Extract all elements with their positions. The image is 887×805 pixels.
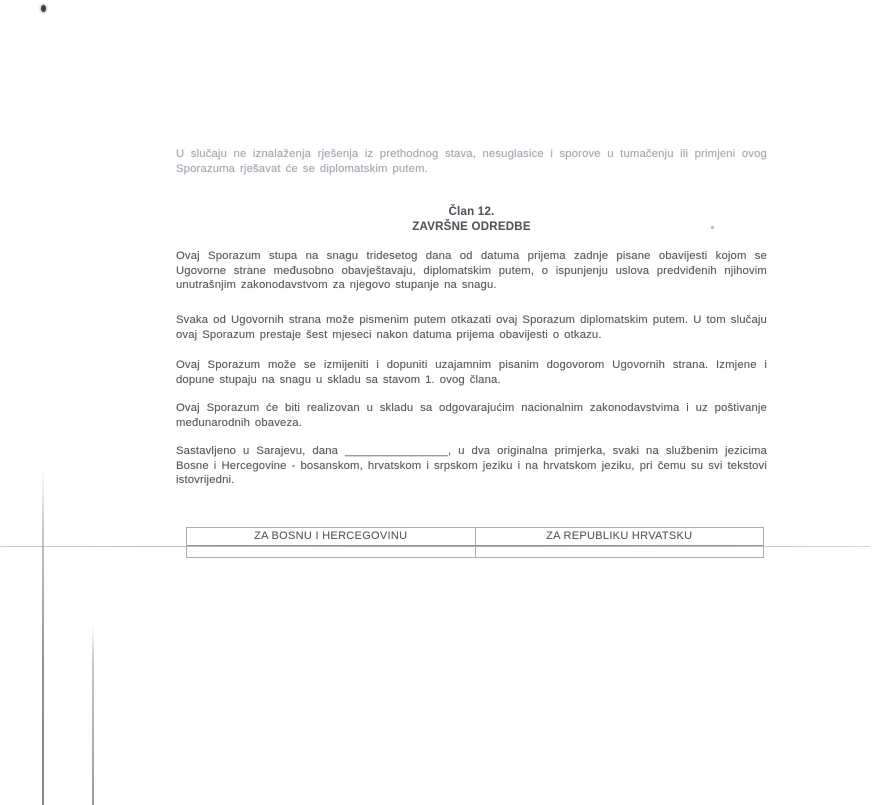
- scanned-document-page: U slučaju ne iznalaženja rješenja iz pre…: [0, 0, 887, 805]
- body-paragraph: Sastavljeno u Sarajevu, dana ___________…: [176, 444, 767, 488]
- body-paragraph: Ovaj Sporazum stupa na snagu tridesetog …: [176, 249, 767, 293]
- body-paragraph: Ovaj Sporazum može se izmijeniti i dopun…: [176, 358, 767, 387]
- signature-header-bosnia: ZA BOSNU I HERCEGOVINU: [187, 528, 475, 545]
- signature-table-header-row: ZA BOSNU I HERCEGOVINU ZA REPUBLIKU HRVA…: [187, 528, 763, 546]
- vertical-fold-line-inner: [92, 626, 94, 805]
- signature-table-blank-row: [187, 546, 763, 557]
- body-paragraph: Svaka od Ugovornih strana može pismenim …: [176, 313, 767, 342]
- body-paragraph: Ovaj Sporazum će biti realizovan u sklad…: [176, 401, 767, 430]
- signature-blank-cell-right: [475, 546, 764, 557]
- vertical-fold-line-left: [42, 468, 44, 805]
- signature-table: ZA BOSNU I HERCEGOVINU ZA REPUBLIKU HRVA…: [186, 527, 764, 558]
- scan-artifact-dot: [41, 5, 46, 12]
- article-title: ZAVRŠNE ODREDBE: [176, 220, 767, 235]
- intro-paragraph: U slučaju ne iznalaženja rješenja iz pre…: [176, 147, 767, 176]
- signature-blank-cell-left: [187, 546, 475, 557]
- article-number: Član 12.: [176, 205, 767, 220]
- signature-header-croatia: ZA REPUBLIKU HRVATSKU: [475, 528, 764, 545]
